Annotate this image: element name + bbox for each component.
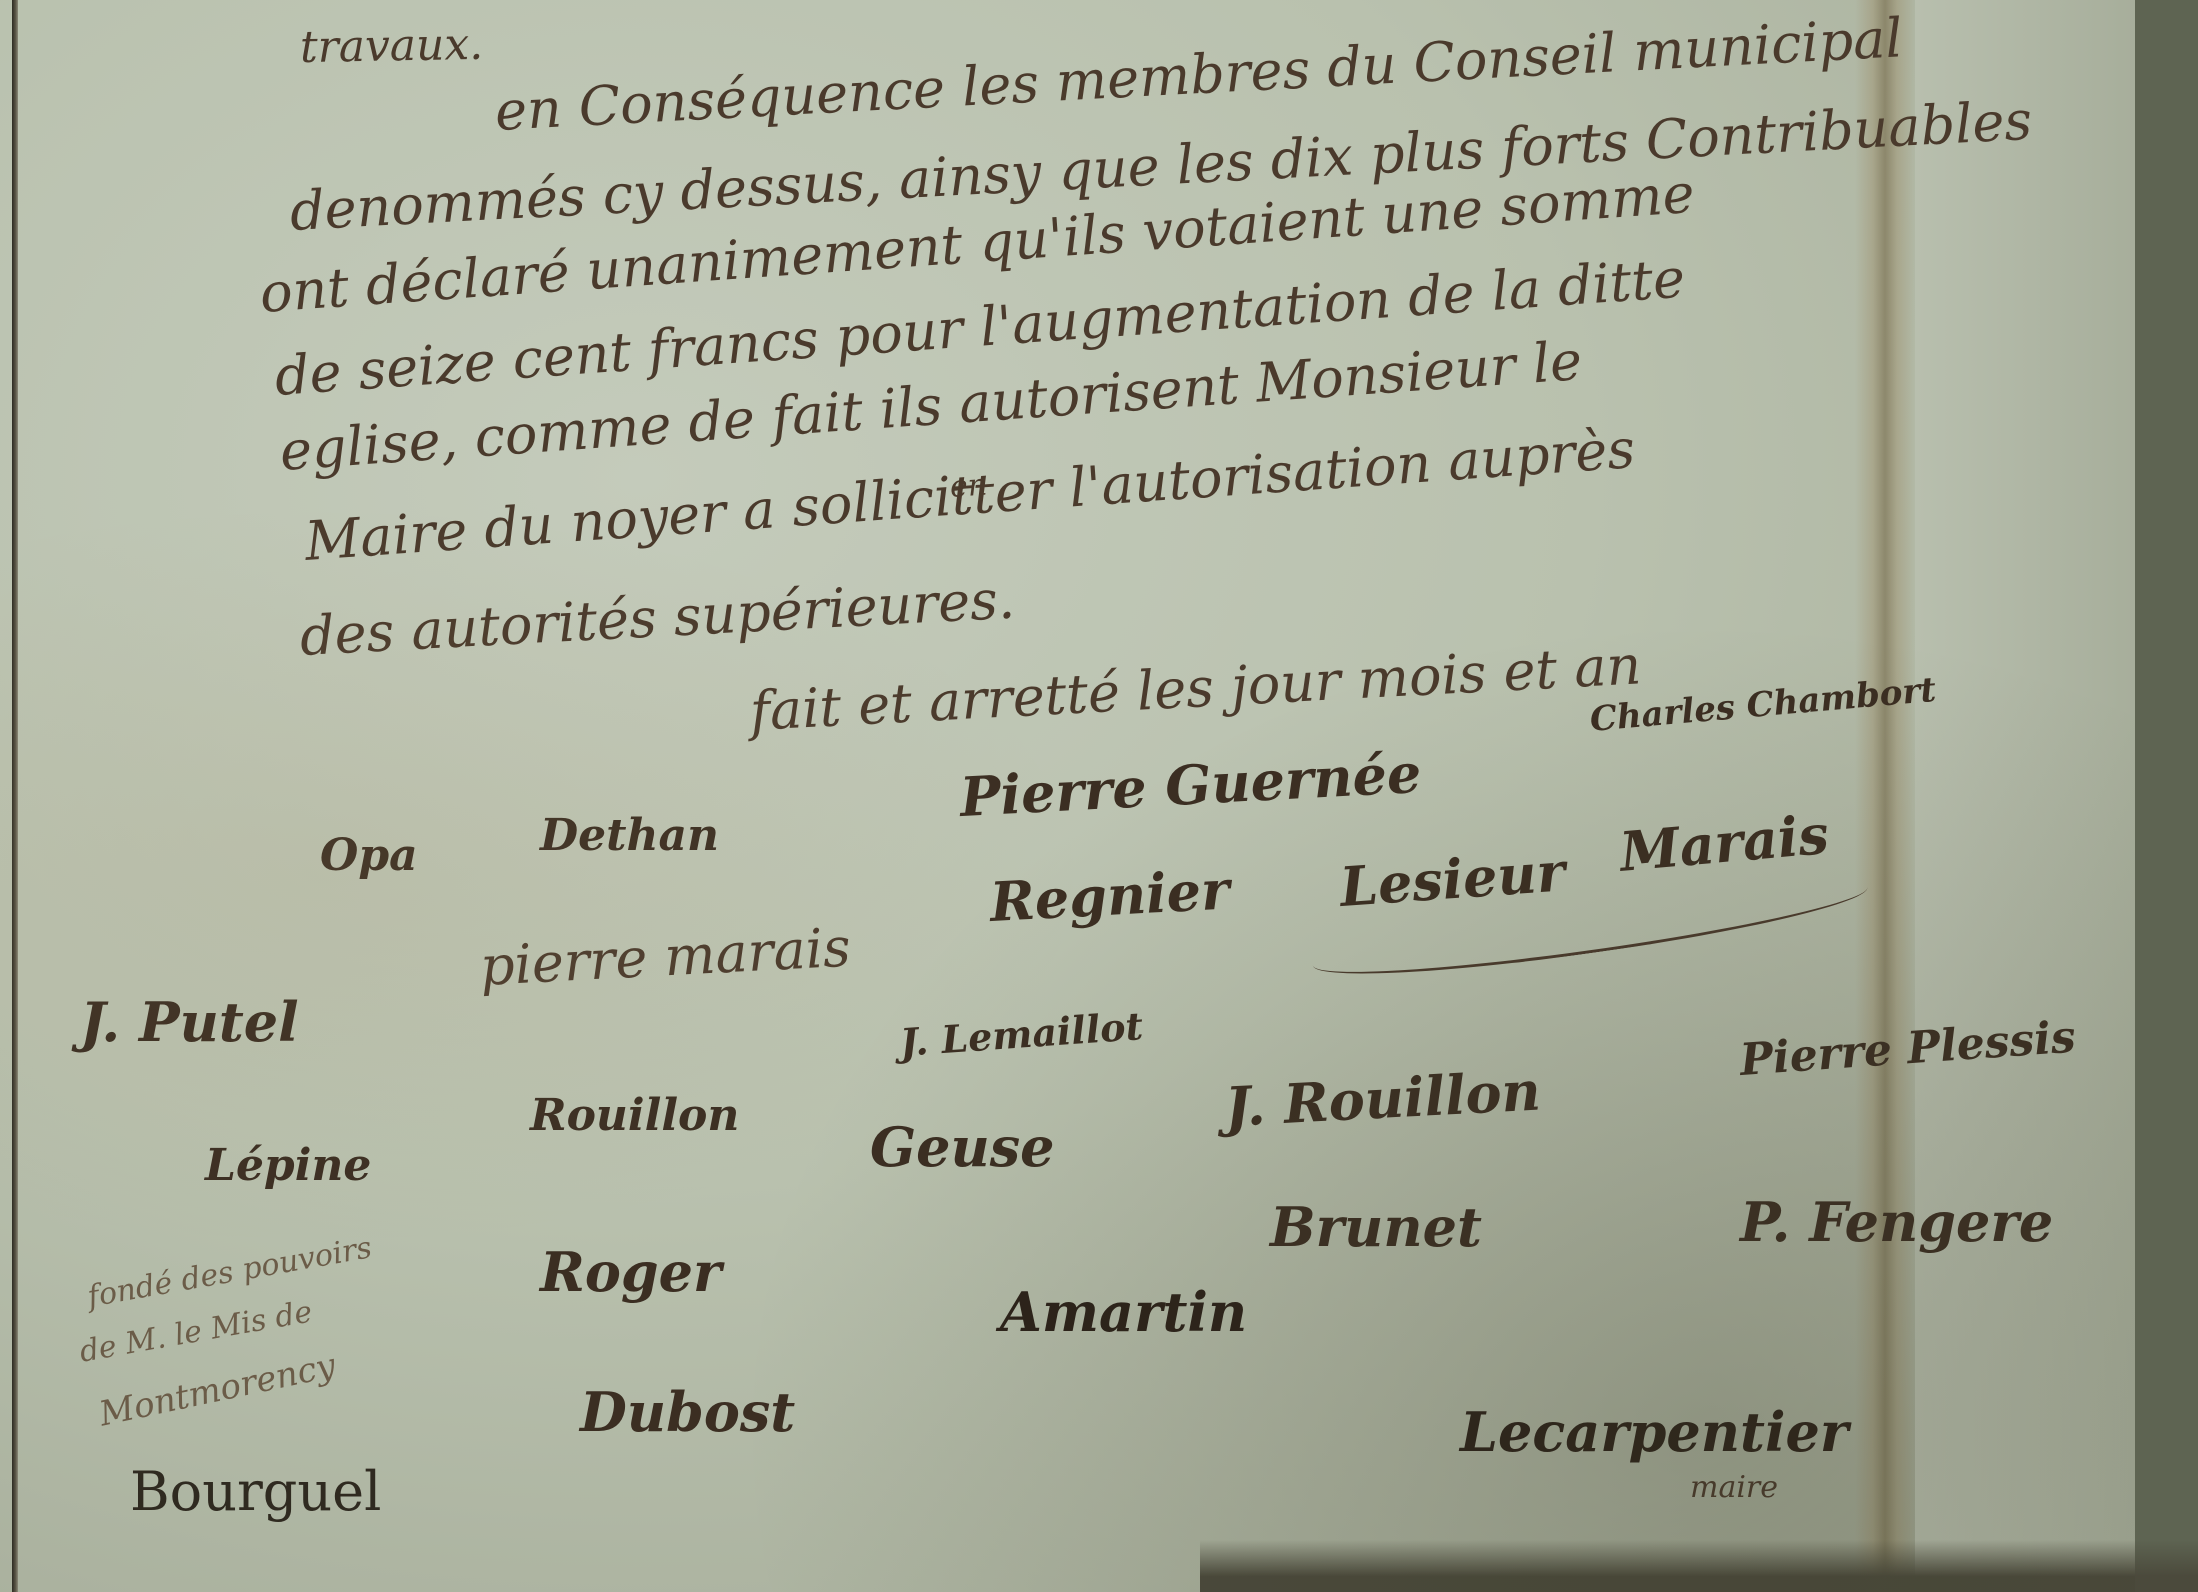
signature-lepine: Lépine	[205, 1140, 371, 1191]
body-line-1: travaux.	[300, 19, 484, 73]
signature-j-rouillon: J. Rouillon	[1223, 1059, 1542, 1139]
signature-title-maire: maire	[1690, 1470, 1778, 1505]
signature-opa: Opa	[320, 830, 418, 881]
signature-rouillon: Rouillon	[530, 1090, 739, 1141]
signature-pierre-marais: pierre marais	[478, 916, 852, 998]
signature-lecarpentier: Lecarpentier	[1460, 1400, 1848, 1464]
signature-amartin: Amartin	[1000, 1280, 1247, 1344]
page-binding-edge	[12, 0, 18, 1592]
signature-dubost: Dubost	[580, 1380, 795, 1444]
signature-fengere: P. Fengere	[1740, 1190, 2053, 1254]
body-line-9: fait et arretté les jour mois et an	[748, 633, 1642, 743]
signature-lemaillot: J. Lemaillot	[898, 1003, 1144, 1065]
right-margin-strip	[1915, 0, 2135, 1592]
signature-brunet: Brunet	[1270, 1195, 1482, 1259]
signature-roger: Roger	[540, 1240, 721, 1304]
signature-lesieur: Lesieur	[1338, 839, 1567, 919]
signature-guernee: Pierre Guernée	[958, 741, 1422, 829]
signature-putel: J. Putel	[80, 990, 299, 1054]
document-page: travaux. en Conséquence les membres du C…	[0, 0, 2135, 1592]
body-line-8: des autorités supérieures.	[298, 568, 1016, 668]
page-fold	[1855, 0, 1915, 1592]
signature-regnier: Regnier	[988, 858, 1231, 934]
signature-geuse: Geuse	[870, 1115, 1055, 1179]
page-bottom-shadow	[1200, 1540, 2198, 1592]
signature-marais: Marais	[1617, 802, 1831, 884]
margin-note-line-1: fondé des pouvoirs	[85, 1230, 375, 1314]
signature-bourguel: Bourguel	[130, 1460, 381, 1523]
signature-dethan: Dethan	[540, 810, 719, 861]
